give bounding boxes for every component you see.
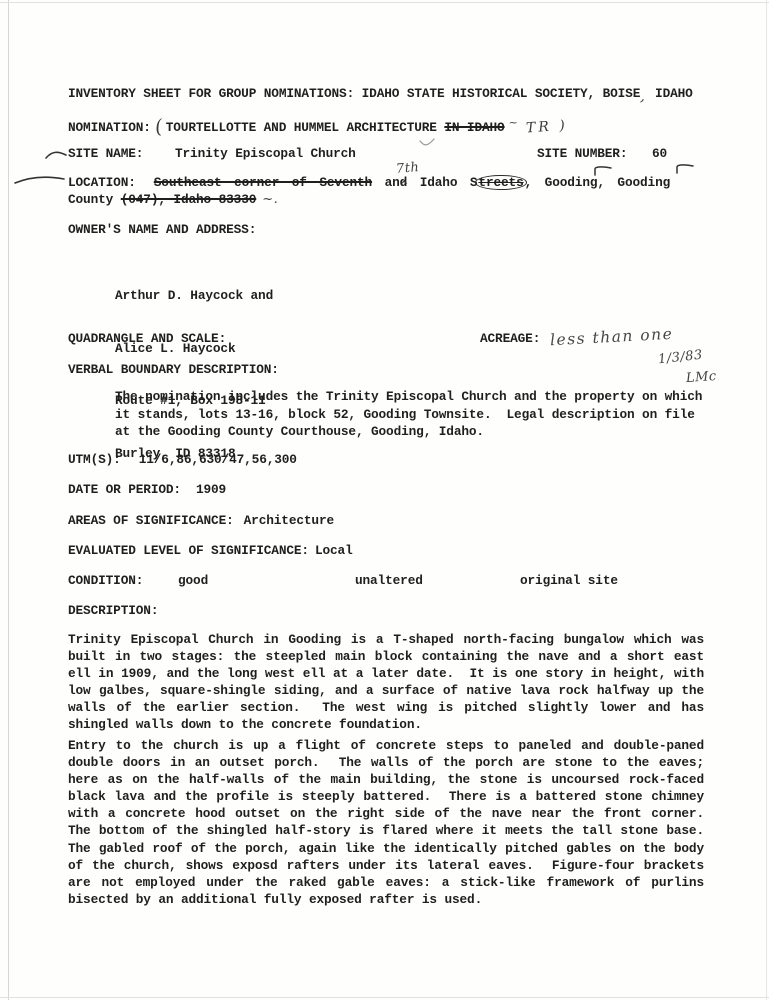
date-period-label: DATE OR PERIOD: (68, 482, 181, 497)
scan-edge (8, 0, 9, 1000)
boundary-label: VERBAL BOUNDARY DESCRIPTION: (68, 362, 279, 377)
proof-mark-gooding-1 (592, 165, 614, 176)
scan-edge (0, 997, 769, 998)
description-paragraph-2: Entry to the church is up a flight of co… (68, 737, 704, 908)
handwritten-initials: LMc (686, 369, 718, 386)
document-title: INVENTORY SHEET FOR GROUP NOMINATIONS: I… (68, 86, 693, 105)
nomination-struck-text: IN IDAHO (444, 120, 504, 135)
site-name-value: Trinity Episcopal Church (175, 146, 356, 161)
margin-dash-mark-location (14, 174, 66, 186)
nomination-label: NOMINATION: (68, 120, 151, 135)
site-number-value: 60 (652, 146, 667, 161)
site-name-label: SITE NAME: (68, 146, 143, 161)
margin-check-mark-site (44, 148, 68, 160)
location-mid-text: and Idaho S (385, 175, 478, 190)
condition-value-good: good (178, 573, 208, 588)
title-text-tail: IDAHO (648, 86, 693, 101)
location-struck-address: Southeast corner of Seventh (154, 175, 372, 190)
condition-label: CONDITION: (68, 573, 143, 588)
location-struck-zip: (047), Idaho 83330 (121, 192, 257, 207)
scan-edge (0, 2, 769, 3)
owner-label: OWNER'S NAME AND ADDRESS: (68, 222, 256, 237)
evaluated-line: EVALUATED LEVEL OF SIGNIFICANCE: Local (68, 543, 353, 558)
description-label: DESCRIPTION: (68, 603, 158, 618)
location-line: LOCATION: Southeast corner of Seventh an… (68, 175, 670, 190)
nomination-title: TOURTELLOTTE AND HUMMEL ARCHITECTURE (166, 120, 437, 135)
date-period-value: 1909 (196, 482, 226, 497)
faint-check-mark (418, 136, 436, 150)
site-number-label: SITE NUMBER: (537, 146, 627, 161)
scan-edge (766, 0, 767, 1000)
location-county: County (68, 192, 121, 207)
document-page: INVENTORY SHEET FOR GROUP NOMINATIONS: I… (0, 0, 769, 1000)
location-label: LOCATION: (68, 175, 136, 190)
condition-row: CONDITION: good unaltered original site (68, 573, 704, 591)
evaluated-value: Local (315, 543, 353, 558)
condition-value-unaltered: unaltered (355, 573, 423, 588)
utm-value: 11/6,86,630/47,56,300 (139, 452, 297, 467)
quadrangle-label: QUADRANGLE AND SCALE: (68, 331, 226, 346)
title-text: INVENTORY SHEET FOR GROUP NOMINATIONS: I… (68, 86, 640, 101)
areas-value: Architecture (244, 513, 334, 528)
evaluated-label: EVALUATED LEVEL OF SIGNIFICANCE: (68, 543, 309, 558)
site-row: SITE NAME: Trinity Episcopal Church SITE… (68, 146, 704, 164)
handwritten-squiggle: ~. (262, 192, 278, 207)
areas-label: AREAS OF SIGNIFICANCE: (68, 513, 234, 528)
location-line-2: County (047), Idaho 83330~. (68, 192, 278, 207)
nomination-line: NOMINATION:(TOURTELLOTTE AND HUMMEL ARCH… (68, 116, 568, 138)
handwritten-caret: ^ (400, 180, 408, 191)
utm-label: UTM(S): (68, 452, 121, 467)
acreage-label: ACREAGE: (480, 331, 540, 346)
location-circled-text: treets (475, 175, 526, 190)
owner-address-line: Arthur D. Haycock and (115, 287, 273, 305)
handwritten-date: 1/3/83 (657, 348, 703, 368)
handwritten-paren-open: ( (153, 116, 164, 139)
location-tail-text: , Gooding, Gooding (525, 175, 671, 190)
handwritten-acreage-value: less than one (550, 325, 674, 349)
handwritten-tr-suffix: TR ) (526, 118, 569, 137)
utm-line: UTM(S): 11/6,86,630/47,56,300 (68, 452, 297, 467)
date-period-line: DATE OR PERIOD: 1909 (68, 482, 226, 497)
proof-mark-gooding-2 (674, 163, 696, 174)
condition-value-original-site: original site (520, 573, 618, 588)
quadrangle-row: QUADRANGLE AND SCALE: ACREAGE: less than… (68, 331, 704, 349)
boundary-text: The nomination includes the Trinity Epis… (115, 388, 709, 441)
areas-line: AREAS OF SIGNIFICANCE: Architecture (68, 513, 334, 528)
handwritten-delete-mark: ~ (509, 116, 519, 129)
handwritten-7th-insert: 7th (395, 160, 420, 177)
description-paragraph-1: Trinity Episcopal Church in Gooding is a… (68, 631, 704, 734)
